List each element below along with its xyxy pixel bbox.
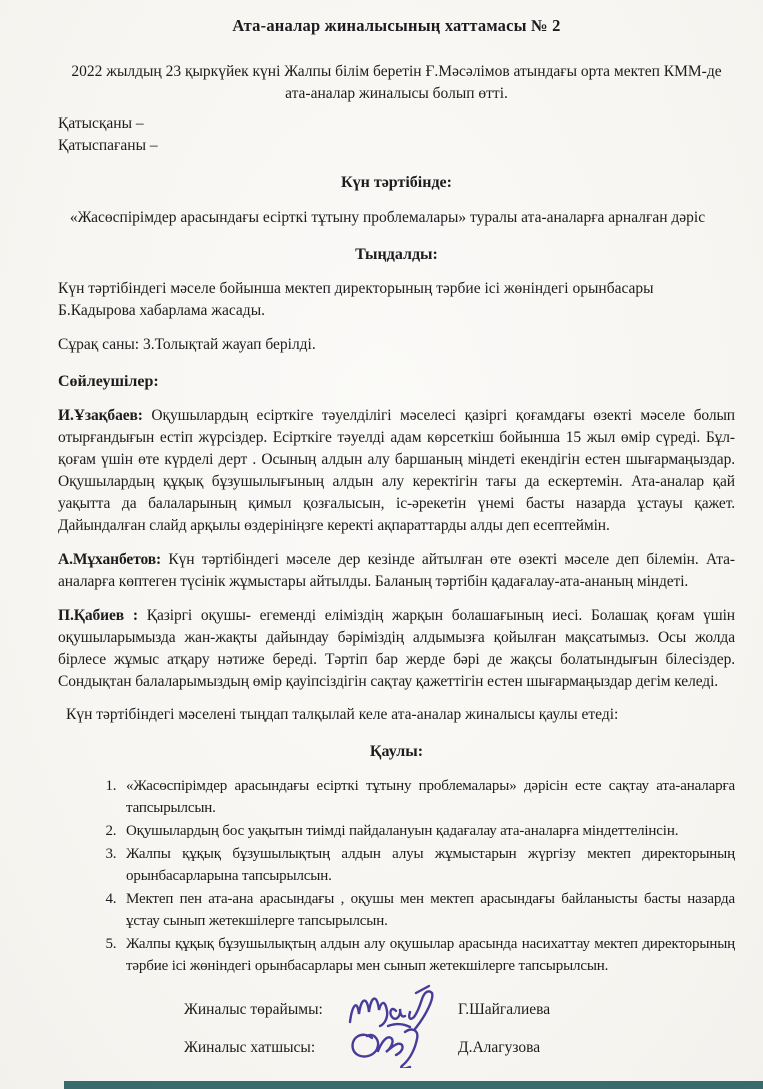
speech-paragraph: П.Қабиев : Қазіргі оқушы- егеменді елімі… — [58, 605, 735, 693]
secretary-label: Жиналыс хатшысы: — [184, 1037, 342, 1059]
intro-paragraph: 2022 жылдың 23 қыркүйек күні Жалпы білім… — [58, 61, 735, 105]
resolution-item: Жалпы құқық бұзушылықтың алдын алу оқушы… — [120, 933, 735, 977]
speaker-name: П.Қабиев : — [58, 607, 138, 624]
secretary-signature-icon — [342, 1022, 454, 1068]
speaker-name: А.Мұханбетов: — [58, 551, 161, 568]
document-page: Ата-аналар жиналысының хаттамасы № 2 202… — [0, 0, 763, 1067]
resolution-heading: Қаулы: — [58, 740, 735, 763]
chair-name: Г.Шайгалиева — [458, 999, 550, 1021]
chair-signature-row: Жиналыс төрайымы: Г.Шайгалиева — [184, 991, 735, 1029]
resolution-list: «Жасөспірімдер арасындағы есірткі тұтыну… — [58, 775, 735, 977]
questions-line: Сұрақ саны: 3.Толықтай жауап берілді. — [58, 334, 735, 356]
scan-edge-artifact — [64, 1081, 763, 1089]
heard-heading: Тыңдалды: — [58, 243, 735, 266]
resolution-item: Мектеп пен ата-ана арасындағы , оқушы ме… — [120, 888, 735, 932]
speech-paragraph: И.Ұзақбаев: Оқушылардың есірткіге тәуелд… — [58, 405, 735, 537]
speaker-text: Оқушылардың есірткіге тәуелділігі мәселе… — [58, 407, 735, 534]
speech-paragraph: А.Мұханбетов: Күн тәртібіндегі мәселе де… — [58, 549, 735, 593]
chair-label: Жиналыс төрайымы: — [184, 999, 342, 1021]
resolution-item: Жалпы құқық бұзушылықтың алдын алуы жұмы… — [120, 843, 735, 887]
document-title: Ата-аналар жиналысының хаттамасы № 2 — [58, 14, 735, 38]
scanned-document: { "doc": { "title": "Ата-аналар жиналысы… — [0, 0, 763, 1089]
speaker-name: И.Ұзақбаев: — [58, 407, 143, 424]
signature-block: Жиналыс төрайымы: Г.Шайгалиева Жиналыс х… — [184, 991, 735, 1067]
absent-line: Қатыспағаны – — [58, 135, 735, 157]
speakers-heading: Сөйлеушілер: — [58, 371, 735, 393]
resolution-item: Оқушылардың бос уақытын тиімді пайдалану… — [120, 820, 735, 842]
agenda-heading: Күн тәртібінде: — [58, 171, 735, 194]
resolution-intro: Күн тәртібіндегі мәселені тыңдап талқыла… — [58, 704, 735, 726]
secretary-signature-row: Жиналыс хатшысы: Д.Алагузова — [184, 1029, 735, 1067]
heard-text: Күн тәртібіндегі мәселе бойынша мектеп д… — [58, 278, 718, 322]
resolution-item: «Жасөспірімдер арасындағы есірткі тұтыну… — [120, 775, 735, 819]
attended-line: Қатысқаны – — [58, 113, 735, 135]
secretary-name: Д.Алагузова — [458, 1037, 540, 1059]
agenda-text: «Жасөспірімдер арасындағы есірткі тұтыну… — [28, 207, 747, 229]
speaker-text: Қазіргі оқушы- егеменді еліміздің жарқын… — [58, 607, 735, 690]
